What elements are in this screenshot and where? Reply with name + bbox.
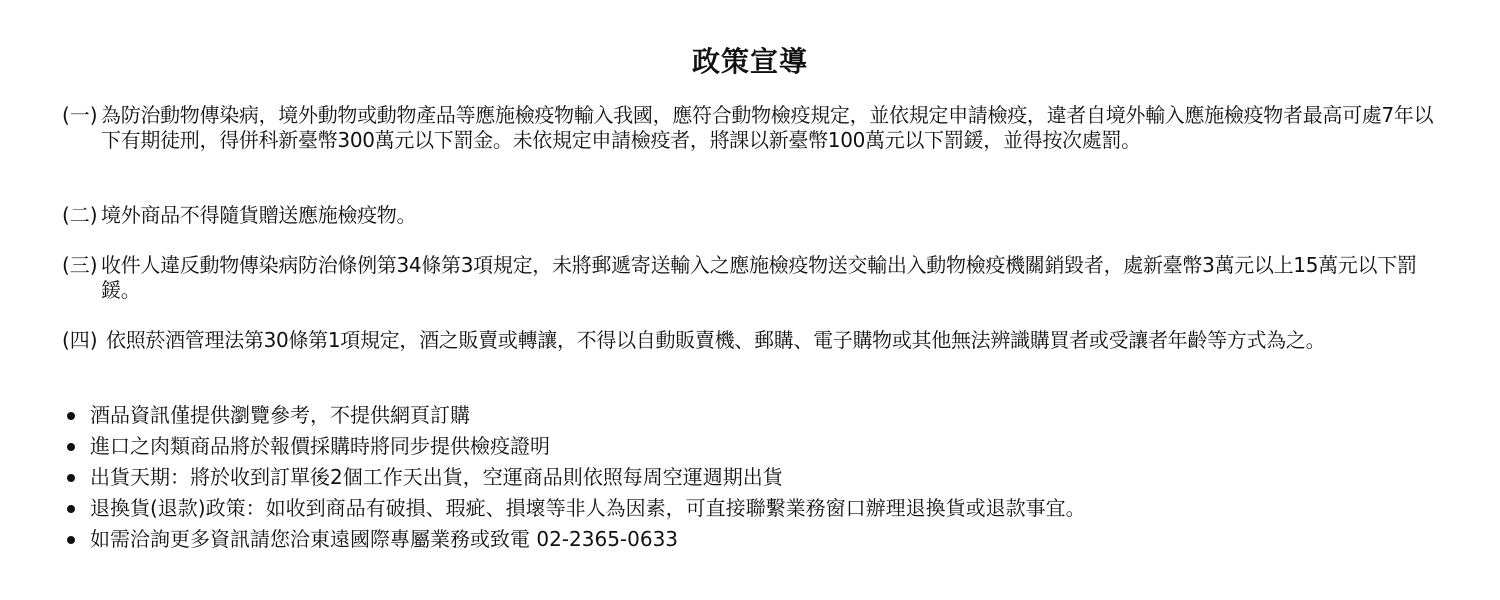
list-item: 進口之肉類商品將於報價採購時將同步提供檢疫證明 xyxy=(62,431,1086,462)
section-marker: (三) xyxy=(62,253,101,278)
policy-section-2: (二) 境外商品不得隨貨贈送應施檢疫物。 xyxy=(62,203,1452,228)
list-item-text: 進口之肉類商品將於報價採購時將同步提供檢疫證明 xyxy=(90,431,550,462)
section-text: 境外商品不得隨貨贈送應施檢疫物。 xyxy=(101,203,1452,228)
section-marker: (二) xyxy=(62,203,101,228)
list-item: 退換貨(退款)政策：如收到商品有破損、瑕疵、損壞等非人為因素，可直接聯繫業務窗口… xyxy=(62,493,1086,524)
section-text: 依照菸酒管理法第30條第1項規定，酒之販賣或轉讓，不得以自動販賣機、郵購、電子購… xyxy=(106,328,1452,353)
policy-section-4: (四) 依照菸酒管理法第30條第1項規定，酒之販賣或轉讓，不得以自動販賣機、郵購… xyxy=(62,328,1452,353)
bullet-icon xyxy=(67,474,75,482)
list-item: 酒品資訊僅提供瀏覽參考，不提供網頁訂購 xyxy=(62,400,1086,431)
section-marker: (四) xyxy=(62,328,106,353)
page-title: 政策宣導 xyxy=(0,42,1500,82)
list-item-text: 退換貨(退款)政策：如收到商品有破損、瑕疵、損壞等非人為因素，可直接聯繫業務窗口… xyxy=(90,493,1086,524)
section-marker: (一) xyxy=(62,103,101,128)
bullet-icon xyxy=(67,443,75,451)
bullet-icon xyxy=(67,412,75,420)
bullet-icon xyxy=(67,536,75,544)
notice-list: 酒品資訊僅提供瀏覽參考，不提供網頁訂購 進口之肉類商品將於報價採購時將同步提供檢… xyxy=(62,400,1086,555)
section-text: 收件人違反動物傳染病防治條例第34條第3項規定，未將郵遞寄送輸入之應施檢疫物送交… xyxy=(101,253,1452,302)
list-item-text: 出貨天期：將於收到訂單後2個工作天出貨，空運商品則依照每周空運週期出貨 xyxy=(90,462,783,493)
list-item-text: 酒品資訊僅提供瀏覽參考，不提供網頁訂購 xyxy=(90,400,470,431)
list-item: 如需洽詢更多資訊請您洽東遠國際專屬業務或致電 02-2365-0633 xyxy=(62,524,1086,555)
bullet-icon xyxy=(67,505,75,513)
list-item-text: 如需洽詢更多資訊請您洽東遠國際專屬業務或致電 02-2365-0633 xyxy=(90,524,678,555)
list-item: 出貨天期：將於收到訂單後2個工作天出貨，空運商品則依照每周空運週期出貨 xyxy=(62,462,1086,493)
policy-section-3: (三) 收件人違反動物傳染病防治條例第34條第3項規定，未將郵遞寄送輸入之應施檢… xyxy=(62,253,1452,302)
section-text: 為防治動物傳染病，境外動物或動物產品等應施檢疫物輸入我國，應符合動物檢疫規定，並… xyxy=(101,103,1452,152)
policy-section-1: (一) 為防治動物傳染病，境外動物或動物產品等應施檢疫物輸入我國，應符合動物檢疫… xyxy=(62,103,1452,152)
